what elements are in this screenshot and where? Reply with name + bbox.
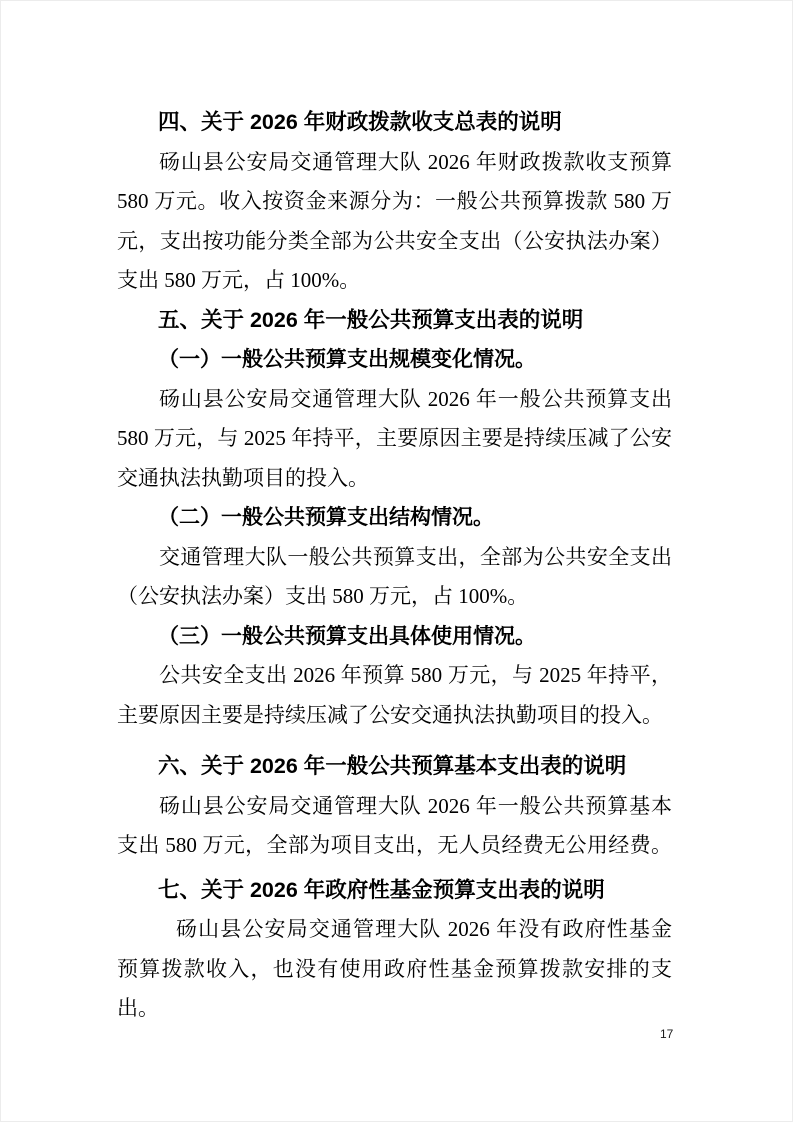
section-5-subheading-3: （三）一般公共预算支出具体使用情况。 xyxy=(117,617,672,657)
section-4-heading: 四、关于 2026 年财政拨款收支总表的说明 xyxy=(117,103,672,143)
section-4-paragraph-line: 580 万元。收入按资金来源分为：一般公共预算拨款 580 万 xyxy=(117,182,672,222)
section-5-3-paragraph-line: 公共安全支出 2026 年预算 580 万元，与 2025 年持平， xyxy=(117,656,672,696)
section-6-paragraph-line: 支出 580 万元，全部为项目支出，无人员经费无公用经费。 xyxy=(117,826,672,866)
section-7-paragraph-line: 预算拨款收入，也没有使用政府性基金预算拨款安排的支 xyxy=(117,950,672,990)
section-5-subheading-1: （一）一般公共预算支出规模变化情况。 xyxy=(117,340,672,380)
section-5-heading: 五、关于 2026 年一般公共预算支出表的说明 xyxy=(117,301,672,341)
section-5-subheading-2: （二）一般公共预算支出结构情况。 xyxy=(117,498,672,538)
section-4-paragraph-line: 元，支出按功能分类全部为公共安全支出（公安执法办案） xyxy=(117,222,672,262)
section-7-heading: 七、关于 2026 年政府性基金预算支出表的说明 xyxy=(117,871,672,911)
section-5-1-paragraph-line: 交通执法执勤项目的投入。 xyxy=(117,459,672,499)
section-4-paragraph-line: 砀山县公安局交通管理大队 2026 年财政拨款收支预算 xyxy=(117,143,672,183)
section-7-paragraph-line: 出。 xyxy=(117,989,672,1029)
section-5-3-paragraph-line: 主要原因主要是持续压减了公安交通执法执勤项目的投入。 xyxy=(117,696,672,736)
page-number: 17 xyxy=(660,1027,690,1041)
section-7-paragraph-line: 砀山县公安局交通管理大队 2026 年没有政府性基金 xyxy=(117,910,672,950)
section-5-1-paragraph-line: 580 万元，与 2025 年持平，主要原因主要是持续压减了公安 xyxy=(117,419,672,459)
section-6-heading: 六、关于 2026 年一般公共预算基本支出表的说明 xyxy=(117,747,672,787)
document-page: 四、关于 2026 年财政拨款收支总表的说明 砀山县公安局交通管理大队 2026… xyxy=(0,0,793,1122)
section-6-paragraph-line: 砀山县公安局交通管理大队 2026 年一般公共预算基本 xyxy=(117,787,672,827)
section-5-1-paragraph-line: 砀山县公安局交通管理大队 2026 年一般公共预算支出 xyxy=(117,380,672,420)
section-4-paragraph-line: 支出 580 万元，占 100%。 xyxy=(117,261,672,301)
section-5-2-paragraph-line: 交通管理大队一般公共预算支出，全部为公共安全支出 xyxy=(117,538,672,578)
section-5-2-paragraph-line: （公安执法办案）支出 580 万元，占 100%。 xyxy=(117,577,672,617)
document-body: 四、关于 2026 年财政拨款收支总表的说明 砀山县公安局交通管理大队 2026… xyxy=(117,103,672,1029)
